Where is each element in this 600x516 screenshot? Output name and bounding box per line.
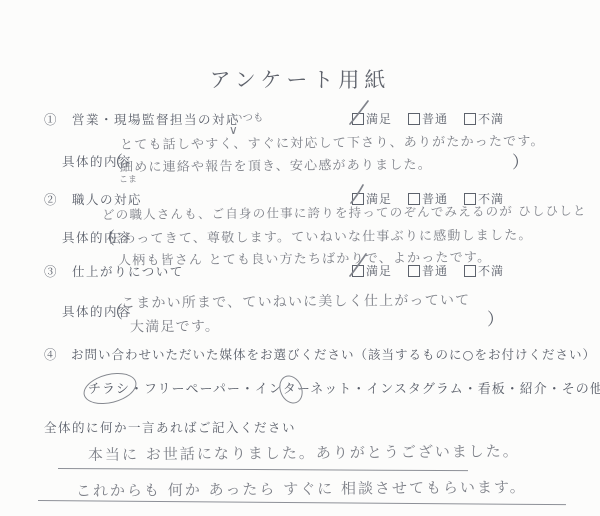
section3-checkbox-satisfied: 満足: [352, 262, 392, 279]
section3-number: ③: [44, 264, 58, 279]
checkbox-box: [464, 113, 476, 125]
section3-handwritten-line1: こまかい所まで、ていねいに美しく仕上がっていて: [121, 289, 470, 312]
page-title: アンケート用紙: [0, 64, 600, 94]
checkbox-label: 不満: [478, 110, 504, 127]
overall-handwritten-line2: これからも 何か あったら すぐに 相談させてもらいます。: [76, 476, 527, 501]
media-options-rest: ーネット・インスタグラム・看板・紹介・その他: [297, 382, 600, 397]
section3-rating-row: 満足 普通 不満: [352, 262, 504, 279]
overall-comment-label: 全体的に何か一言あればご記入ください: [44, 418, 296, 436]
section3-checkbox-dissatisfied: 不満: [464, 262, 504, 279]
section3-handwritten-line2: 大満足です。: [130, 316, 220, 337]
section4-number: ④: [44, 347, 58, 362]
checkbox-box: [464, 265, 476, 277]
comment-rule-line2: [38, 500, 566, 505]
section1-checkbox-dissatisfied: 不満: [464, 110, 504, 127]
section2-handwritten-line1: どの職人さんも、ご自身の仕事に誇りを持ってのぞんでみえるのが ひしひしと: [102, 201, 587, 223]
checkbox-label: 普通: [422, 110, 448, 127]
section1-title: ① 営業・現場監督担当の対応: [44, 110, 240, 128]
close-paren: ）: [512, 148, 529, 173]
questionnaire-sheet: アンケート用紙 ① 営業・現場監督担当の対応 満足 普通 不満 いつも ∨ とて…: [0, 0, 600, 516]
section4-title-text: お問い合わせいただいた媒体をお選びください（該当するものに○をお付けください）: [71, 347, 596, 362]
checkbox-box: [408, 265, 420, 277]
checkbox-label: 不満: [478, 262, 504, 279]
section3-title: ③ 仕上がりについて: [44, 262, 184, 280]
media-option-flyer-circled: チラシ: [88, 378, 130, 397]
close-paren: ）: [487, 305, 504, 330]
section1-title-text: 営業・現場監督担当の対応: [72, 112, 240, 127]
section1-handwritten-line2: 細めに連絡や報告を頂き、安心感がありました。: [120, 154, 432, 176]
section1-reading-note: こま: [119, 172, 137, 185]
checkbox-box: [408, 113, 420, 125]
media-options-line: チラシ・フリーペーパー・インターネット・インスタグラム・看板・紹介・その他: [88, 378, 600, 397]
section2-number: ②: [44, 192, 58, 207]
checkbox-box: [352, 113, 364, 125]
comment-rule-line1: [58, 468, 468, 471]
section3-checkbox-normal: 普通: [408, 262, 448, 279]
checkbox-label: 満足: [366, 262, 392, 279]
section1-checkbox-normal: 普通: [408, 110, 448, 127]
section3-title-text: 仕上がりについて: [72, 264, 184, 279]
checkbox-box: [352, 265, 364, 277]
checkbox-label: 満足: [366, 110, 392, 127]
section1-handwritten-line1: とても話しやすく、すぐに対応して下さり、ありがたかったです。: [120, 130, 545, 153]
checkbox-label: 普通: [422, 262, 448, 279]
section4-title: ④ お問い合わせいただいた媒体をお選びください（該当するものに○をお付けください…: [44, 345, 596, 363]
section2-handwritten-line2: 伝わってきて、尊敬します。ていねいな仕事ぶりに感動しました。: [108, 224, 533, 247]
section1-rating-row: 満足 普通 不満: [352, 110, 504, 127]
overall-handwritten-line1: 本当に お世話になりました。ありがとうございました。: [88, 440, 520, 465]
section1-number: ①: [44, 112, 58, 127]
media-option-internet-circled: タ: [283, 378, 297, 397]
media-options-mid1: ・フリーペーパー・イン: [130, 382, 283, 397]
section1-checkbox-satisfied: 満足: [352, 110, 392, 127]
